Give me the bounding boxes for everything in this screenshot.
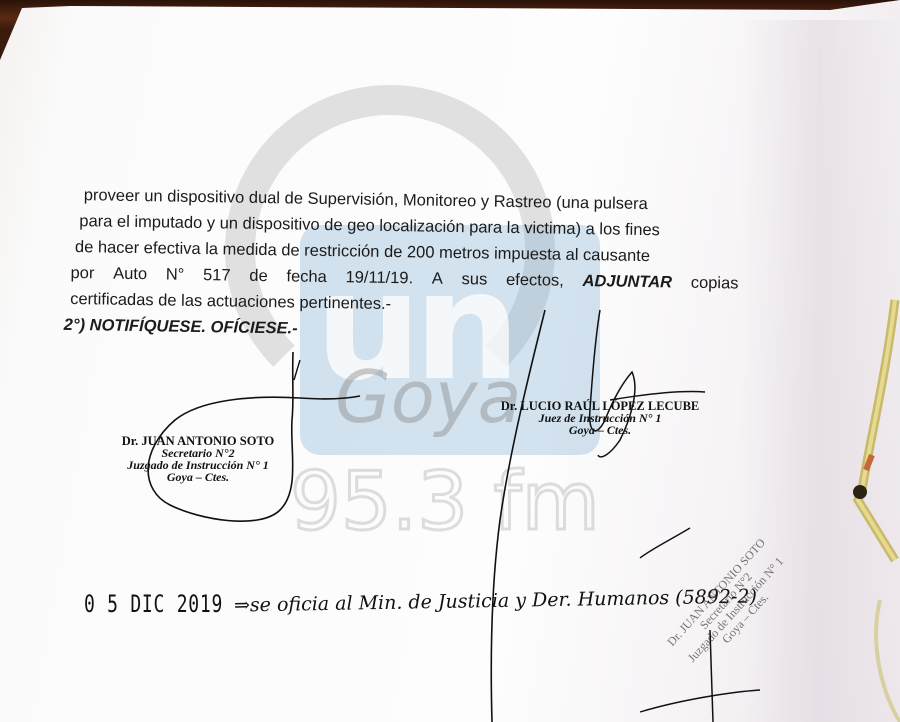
- emphasis-adjuntar: ADJUNTAR: [582, 268, 672, 295]
- handwritten-annotation: 0 5 DIC 2019 ⇒se oficia al Min. de Justi…: [84, 590, 269, 618]
- signature-stamp-judge: Dr. LUCIO RAÚL LÓPEZ LECUBE Juez de Inst…: [480, 400, 720, 436]
- watermark-frequency: 95.3 fm: [290, 455, 600, 548]
- document-page: un Goya 95.3 fm proveer un dispositivo d…: [0, 0, 900, 722]
- handwritten-note: ⇒se oficia al Min. de Justicia y Der. Hu…: [234, 585, 757, 616]
- page-fold-shadow: [740, 20, 900, 722]
- document-body: proveer un dispositivo dual de Supervisi…: [70, 182, 752, 349]
- date-stamp: 0 5 DIC 2019: [84, 590, 223, 618]
- signature-stamp-secretary: Dr. JUAN ANTONIO SOTO Secretario N°2 Juz…: [108, 435, 288, 483]
